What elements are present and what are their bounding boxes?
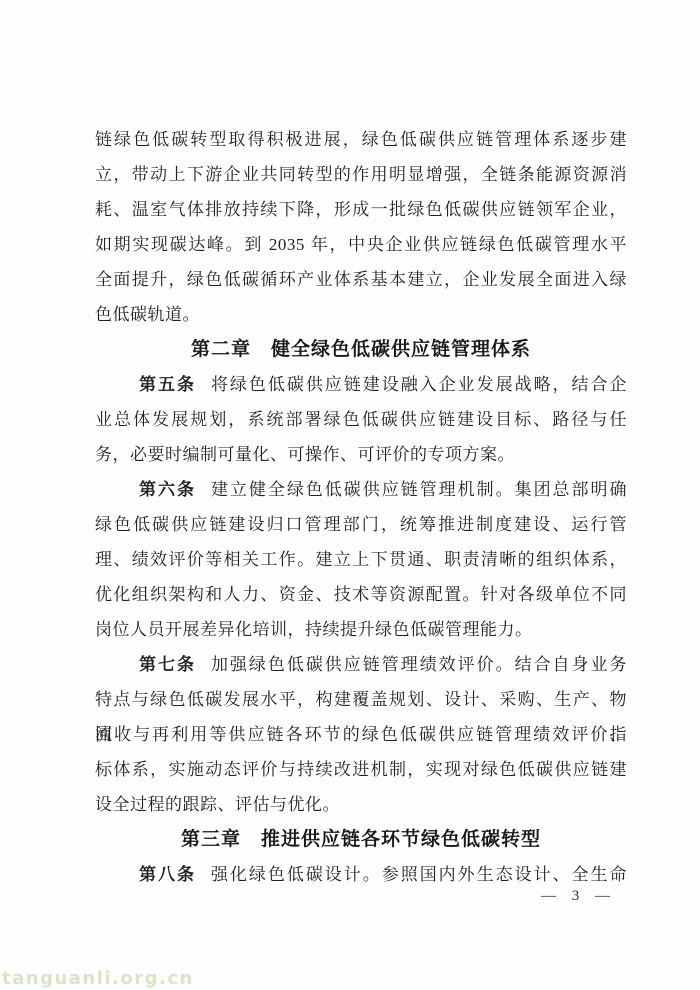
watermark: tanguanli.org.cn: [2, 968, 194, 989]
chapter-heading: 第二章 健全绿色低碳供应链管理体系: [95, 332, 627, 367]
text-line: 第六条建立健全绿色低碳供应链管理机制。集团总部明确: [95, 472, 627, 507]
text-line: 设全过程的跟踪、评估与优化。: [95, 787, 627, 822]
text-line: 色低碳轨道。: [95, 297, 627, 332]
article-label: 第五条: [139, 375, 196, 394]
article-lead-text: 强化绿色低碳设计。参照国内外生态设计、全生命: [211, 865, 627, 884]
document-page: 链绿色低碳转型取得积极进展，绿色低碳供应链管理体系逐步建 立，带动上下游企业共同…: [0, 0, 700, 990]
text-line: 如期实现碳达峰。到 2035 年，中央企业供应链绿色低碳管理水平: [95, 227, 627, 262]
text-line: 标体系，实施动态评价与持续改进机制，实现对绿色低碳供应链建: [95, 752, 627, 787]
text-line: 第五条将绿色低碳供应链建设融入企业发展战略，结合企: [95, 367, 627, 402]
article-label: 第六条: [139, 480, 196, 499]
text-line: 绿色低碳供应链建设归口管理部门，统筹推进制度建设、运行管: [95, 507, 627, 542]
article-label: 第七条: [139, 655, 196, 674]
text-line: 优化组织架构和人力、资金、技术等资源配置。针对各级单位不同: [95, 577, 627, 612]
text-line: 业总体发展规划，系统部署绿色低碳供应链建设目标、路径与任: [95, 402, 627, 437]
text-line: 立，带动上下游企业共同转型的作用明显增强，全链条能源资源消: [95, 157, 627, 192]
text-line: 耗、温室气体排放持续下降，形成一批绿色低碳供应链领军企业，: [95, 192, 627, 227]
text-line: 第八条强化绿色低碳设计。参照国内外生态设计、全生命: [95, 857, 627, 892]
text-line: 理、绩效评价等相关工作。建立上下贯通、职责清晰的组织体系，: [95, 542, 627, 577]
text-line: 特点与绿色低碳发展水平，构建覆盖规划、设计、采购、生产、物流、: [95, 682, 627, 717]
text-line: 链绿色低碳转型取得积极进展，绿色低碳供应链管理体系逐步建: [95, 122, 627, 157]
text-line: 务，必要时编制可量化、可操作、可评价的专项方案。: [95, 437, 627, 472]
article-lead-text: 建立健全绿色低碳供应链管理机制。集团总部明确: [211, 480, 627, 499]
text-line: 回收与再利用等供应链各环节的绿色低碳供应链管理绩效评价指: [95, 717, 627, 752]
article-lead-text: 将绿色低碳供应链建设融入企业发展战略，结合企: [211, 375, 627, 394]
document-body: 链绿色低碳转型取得积极进展，绿色低碳供应链管理体系逐步建 立，带动上下游企业共同…: [95, 122, 627, 892]
text-line: 第七条加强绿色低碳供应链管理绩效评价。结合自身业务: [95, 647, 627, 682]
chapter-heading: 第三章 推进供应链各环节绿色低碳转型: [95, 822, 627, 857]
page-number: — 3 —: [541, 888, 612, 905]
article-lead-text: 加强绿色低碳供应链管理绩效评价。结合自身业务: [211, 655, 627, 674]
text-line: 全面提升，绿色低碳循环产业体系基本建立，企业发展全面进入绿: [95, 262, 627, 297]
article-label: 第八条: [139, 865, 196, 884]
text-line: 岗位人员开展差异化培训，持续提升绿色低碳管理能力。: [95, 612, 627, 647]
